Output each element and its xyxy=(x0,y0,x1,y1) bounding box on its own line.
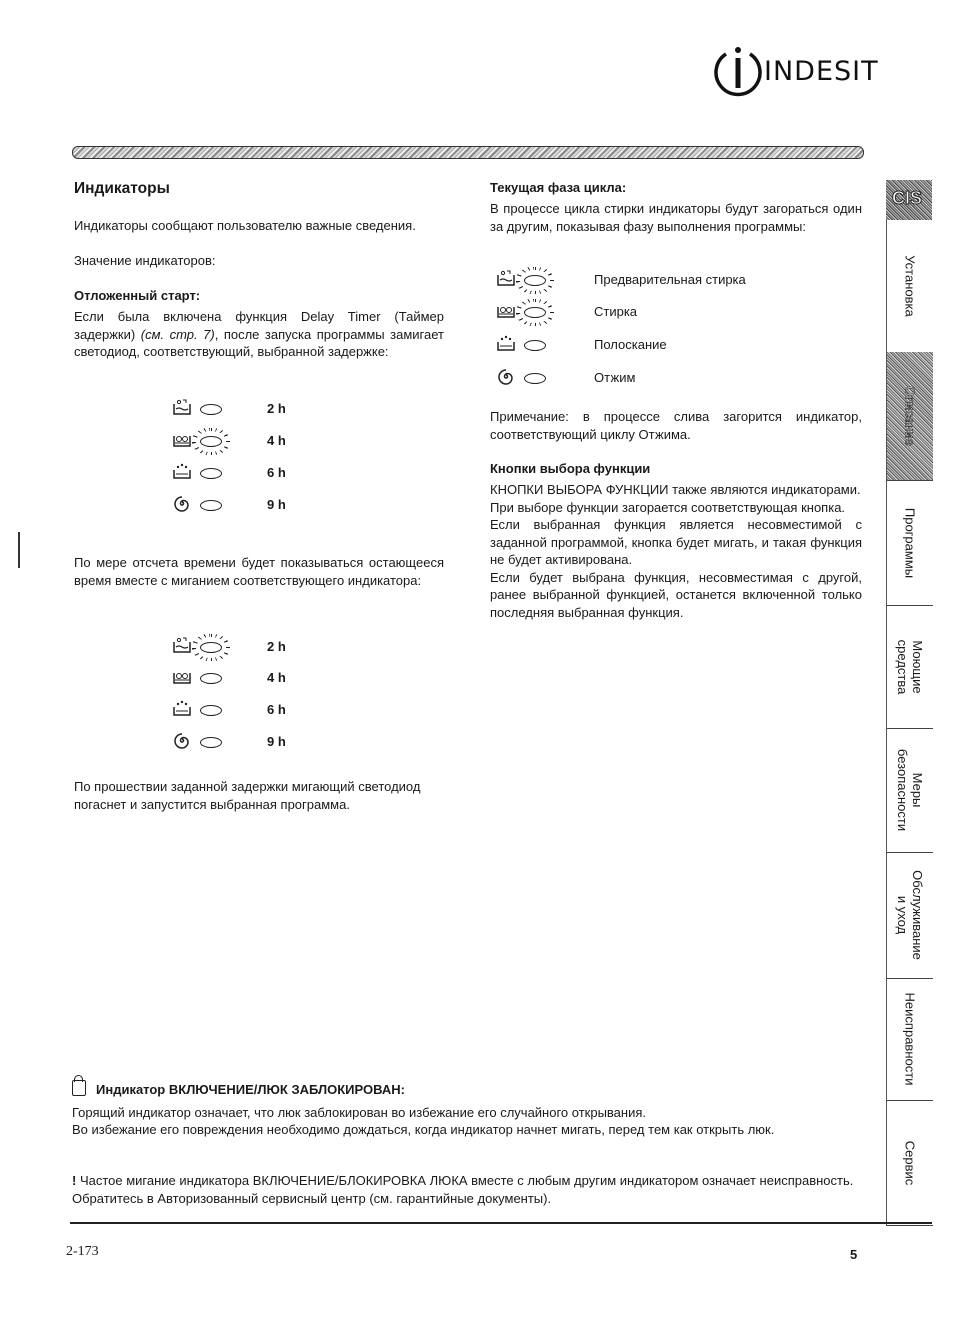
countdown-text: По мере отсчета времени будет показывать… xyxy=(74,554,444,589)
wash-icon xyxy=(496,301,516,324)
side-tab[interactable]: Сервис xyxy=(886,1100,933,1226)
footer-rule xyxy=(70,1222,932,1224)
side-tab-label: Мерыбезопасности xyxy=(895,749,925,831)
buttons-paragraph-2: При выборе функции загорается соответств… xyxy=(490,499,862,517)
indicator-row xyxy=(172,667,222,689)
side-tab[interactable]: Описание xyxy=(886,352,933,481)
delay-hours: 6 h xyxy=(267,702,286,717)
buttons-heading: Кнопки выбора функции xyxy=(490,461,862,476)
side-tab-label: Моющиесредства xyxy=(895,639,925,694)
drain-note: Примечание: в процессе слива загорится и… xyxy=(490,408,862,443)
led-off-icon xyxy=(200,500,222,511)
side-tab-label: Обслуживаниеи уход xyxy=(895,870,925,960)
delay-hours: 6 h xyxy=(267,465,286,480)
lock-paragraph-1: Горящий индикатор означает, что люк забл… xyxy=(72,1104,862,1122)
delay-hours: 2 h xyxy=(267,639,286,654)
section-title: Индикаторы xyxy=(74,180,444,198)
prewash-icon xyxy=(172,636,192,659)
led-off-icon xyxy=(200,705,222,716)
prewash-icon xyxy=(496,269,516,292)
side-tab-label: Описание xyxy=(903,386,918,446)
delay-hours: 2 h xyxy=(267,401,286,416)
led-off-icon xyxy=(524,340,546,351)
indicator-row xyxy=(496,367,546,389)
side-tab[interactable]: Моющиесредства xyxy=(886,605,933,729)
indicator-row xyxy=(172,462,222,484)
side-tab-label: Программы xyxy=(903,507,918,577)
cis-badge: CIS xyxy=(886,180,932,220)
wash-icon xyxy=(172,667,192,690)
phase-heading: Текущая фаза цикла: xyxy=(490,180,862,195)
after-delay-text: По прошествии заданной задержки мигающий… xyxy=(74,778,444,813)
buttons-text: КНОПКИ ВЫБОРА ФУНКЦИИ также являются инд… xyxy=(490,481,862,621)
led-blinking-icon xyxy=(200,642,222,653)
delay-hours: 4 h xyxy=(267,433,286,448)
indicator-row xyxy=(172,731,222,753)
side-tab-label: Сервис xyxy=(903,1140,918,1185)
lock-heading-text: Индикатор ВКЛЮЧЕНИЕ/ЛЮК ЗАБЛОКИРОВАН: xyxy=(96,1082,405,1097)
delay-text: Если была включена функция Delay Timer (… xyxy=(74,308,444,361)
indesit-logo: INDESIT xyxy=(712,42,872,102)
side-tab-label: Неисправности xyxy=(903,993,918,1086)
phase-label: Предварительная стирка xyxy=(594,272,746,287)
rinse-icon xyxy=(172,699,192,722)
phase-label: Полоскание xyxy=(594,337,667,352)
indicator-row xyxy=(496,269,546,291)
header-band xyxy=(72,146,864,159)
cis-badge-text: CIS xyxy=(892,188,922,209)
spin-icon xyxy=(172,731,192,754)
indicator-row xyxy=(496,301,546,323)
led-blinking-icon xyxy=(524,307,546,318)
led-off-icon xyxy=(200,468,222,479)
warning-text: Частое мигание индикатора ВКЛЮЧЕНИЕ/БЛОК… xyxy=(72,1173,853,1206)
scan-mark xyxy=(18,532,20,568)
buttons-paragraph-1: КНОПКИ ВЫБОРА ФУНКЦИИ также являются инд… xyxy=(490,481,862,499)
led-off-icon xyxy=(524,373,546,384)
indicator-row xyxy=(496,334,546,356)
side-tab-label: Установка xyxy=(903,255,918,316)
side-tabs: CIS УстановкаОписаниеПрограммыМоющиесред… xyxy=(886,180,934,1225)
page-number: 5 xyxy=(850,1247,857,1262)
indicator-row xyxy=(172,494,222,516)
spin-icon xyxy=(496,367,516,390)
buttons-paragraph-4: Если будет выбрана функция, несовместима… xyxy=(490,569,862,622)
intro-text-2: Значение индикаторов: xyxy=(74,252,444,270)
delay-hours: 4 h xyxy=(267,670,286,685)
delay-hours: 9 h xyxy=(267,734,286,749)
indicator-row xyxy=(172,398,222,420)
indicator-row xyxy=(172,636,222,658)
info-i-icon xyxy=(712,42,764,102)
delay-heading: Отложенный старт: xyxy=(74,288,444,303)
led-blinking-icon xyxy=(200,436,222,447)
lock-warning: ! Частое мигание индикатора ВКЛЮЧЕНИЕ/БЛ… xyxy=(72,1172,862,1207)
led-off-icon xyxy=(200,404,222,415)
document-code: 2-173 xyxy=(66,1244,99,1260)
led-blinking-icon xyxy=(524,275,546,286)
led-off-icon xyxy=(200,673,222,684)
side-tab[interactable]: Мерыбезопасности xyxy=(886,728,933,853)
side-tab[interactable]: Неисправности xyxy=(886,978,933,1101)
side-tab[interactable]: Обслуживаниеи уход xyxy=(886,852,933,979)
delay-hours: 9 h xyxy=(267,497,286,512)
phase-label: Отжим xyxy=(594,370,635,385)
prewash-icon xyxy=(172,398,192,421)
spin-icon xyxy=(172,494,192,517)
phase-text: В процессе цикла стирки индикаторы будут… xyxy=(490,200,862,235)
side-tab[interactable]: Программы xyxy=(886,480,933,606)
led-off-icon xyxy=(200,737,222,748)
rinse-icon xyxy=(172,462,192,485)
lock-heading: Индикатор ВКЛЮЧЕНИЕ/ЛЮК ЗАБЛОКИРОВАН: xyxy=(72,1080,405,1097)
lock-paragraph-2: Во избежание его повреждения необходимо … xyxy=(72,1121,862,1139)
page-reference: (см. стр. 7) xyxy=(141,327,215,342)
rinse-icon xyxy=(496,334,516,357)
brand-name: INDESIT xyxy=(764,56,879,87)
lock-icon xyxy=(72,1080,86,1096)
phase-label: Стирка xyxy=(594,304,637,319)
side-tab[interactable]: Установка xyxy=(886,220,933,353)
indicator-row xyxy=(172,430,222,452)
intro-text: Индикаторы сообщают пользователю важные … xyxy=(74,217,444,235)
buttons-paragraph-3: Если выбранная функция является несовмес… xyxy=(490,516,862,569)
indicator-row xyxy=(172,699,222,721)
wash-icon xyxy=(172,430,192,453)
